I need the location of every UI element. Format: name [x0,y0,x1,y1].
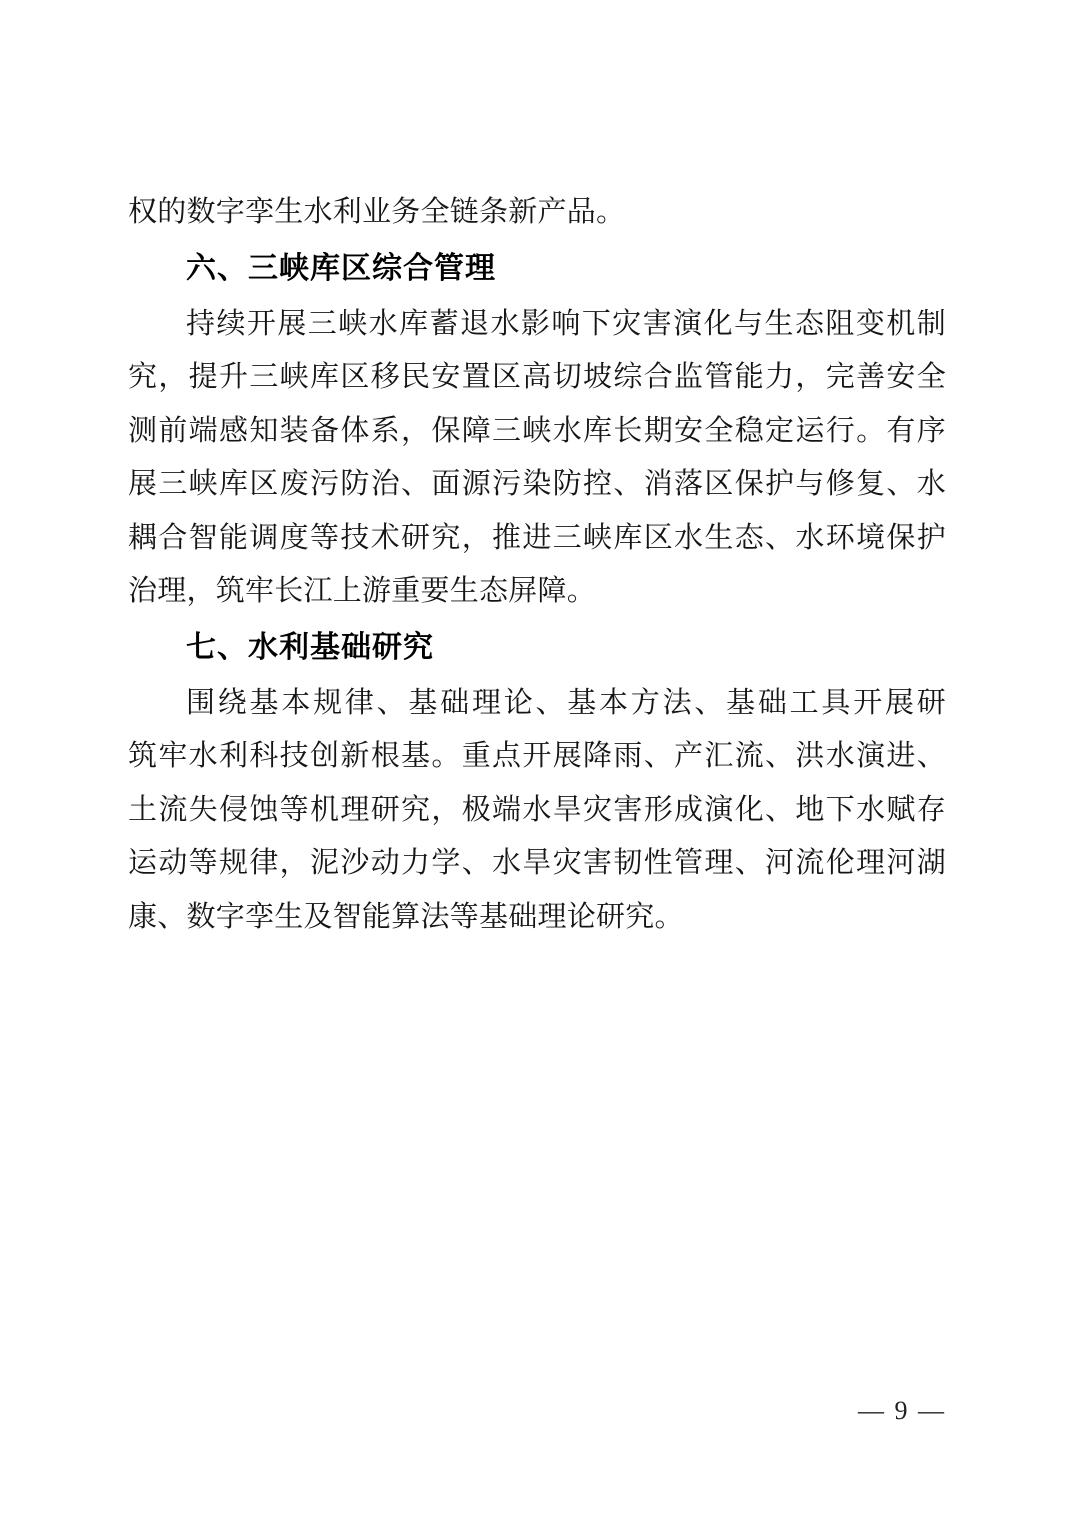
section-heading-6: 六、三峡库区综合管理 [128,240,946,298]
section-heading-7: 七、水利基础研究 [128,619,946,677]
page-number: — 9 — [858,1396,946,1426]
paragraph-line: 治理，筑牢长江上游重要生态屏障。 [128,565,946,619]
paragraph-line: 围绕基本规律、基础理论、基本方法、基础工具开展研究， [128,677,946,731]
paragraph-line: 持续开展三峡水库蓄退水影响下灾害演化与生态阻变机制研 [128,298,946,352]
document-page: 权的数字孪生水利业务全链条新产品。 六、三峡库区综合管理 持续开展三峡水库蓄退水… [0,0,1074,1520]
paragraph-line: 康、数字孪生及智能算法等基础理论研究。 [128,891,946,945]
page-content: 权的数字孪生水利业务全链条新产品。 六、三峡库区综合管理 持续开展三峡水库蓄退水… [128,186,946,944]
paragraph-line: 土流失侵蚀等机理研究，极端水旱灾害形成演化、地下水赋存和 [128,784,946,838]
paragraph-continuation-line: 权的数字孪生水利业务全链条新产品。 [128,186,946,240]
paragraph-line: 耦合智能调度等技术研究，推进三峡库区水生态、水环境保护与 [128,512,946,566]
paragraph-line: 究，提升三峡库区移民安置区高切坡综合监管能力，完善安全监 [128,351,946,405]
paragraph-line: 测前端感知装备体系，保障三峡水库长期安全稳定运行。有序开 [128,405,946,459]
paragraph-line: 展三峡库区废污防治、面源污染防控、消落区保护与修复、水沙 [128,458,946,512]
paragraph-line: 运动等规律，泥沙动力学、水旱灾害韧性管理、河流伦理河湖健 [128,837,946,891]
paragraph-line: 筑牢水利科技创新根基。重点开展降雨、产汇流、洪水演进、水 [128,730,946,784]
